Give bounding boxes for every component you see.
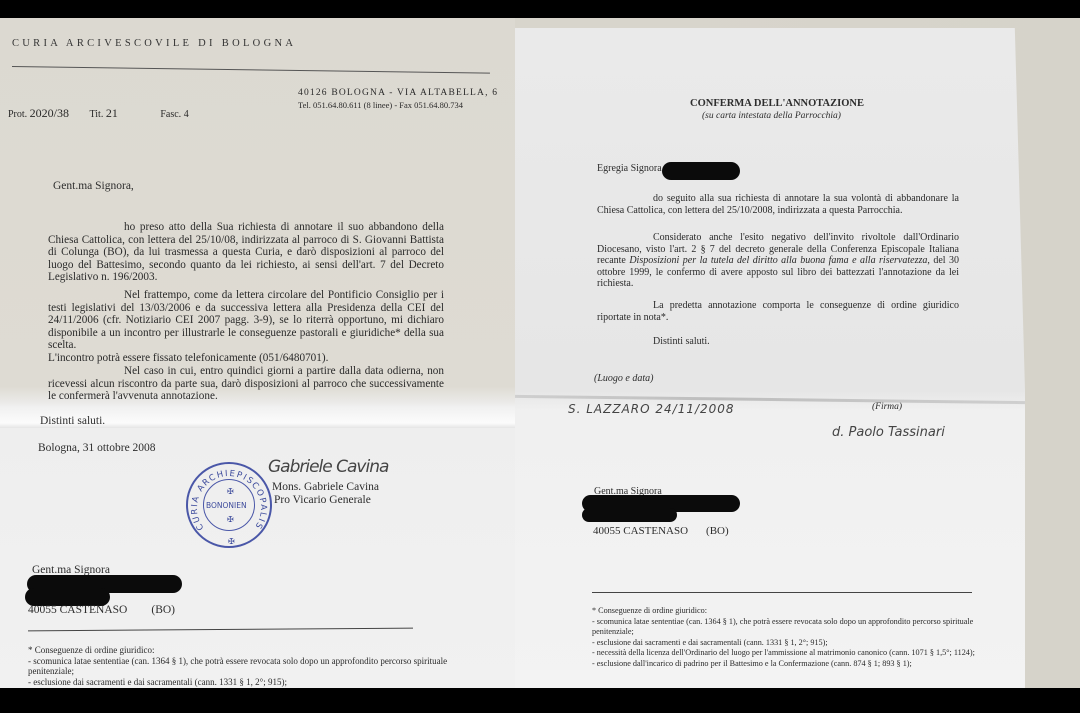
fasc-value: 4 (184, 109, 189, 120)
prot-label: Prot. (8, 109, 27, 120)
footnotes-left: * Conseguenze di ordine giuridico: - sco… (28, 645, 448, 687)
footnotes-right: * Conseguenze di ordine giuridico: - sco… (592, 606, 980, 669)
handwritten-place-date: S. LAZZARO 24/11/2008 (568, 402, 735, 416)
stamp-center-text: BONONIEN (206, 501, 247, 510)
prot-value: 2020/38 (30, 106, 69, 120)
signature-label: (Firma) (872, 403, 902, 413)
redaction-bar (582, 508, 677, 522)
signature-cavina: Gabriele Cavina (268, 457, 388, 477)
egregia-salutation: Egregia Signora (597, 164, 662, 174)
tit-value: 21 (106, 106, 118, 120)
confirmation-paragraph-1: do seguito alla sua richiesta di annotar… (597, 193, 959, 216)
fasc-label: Fasc. (160, 109, 181, 120)
recipient-address-right: 40055 CASTENASO(BO) (593, 526, 729, 537)
cross-icon: ✠ (227, 515, 234, 524)
protocol-reference: Prot. 2020/38 Tit. 21 Fasc. 4 (8, 106, 189, 121)
cross-icon: ✠ (228, 537, 235, 546)
curia-stamp: CURIA ARCHIEPISCOPALIS ✠ BONONIEN ✠ ✠ (186, 462, 272, 548)
cross-icon: ✠ (227, 487, 234, 496)
redaction-bar (662, 162, 740, 180)
parish-confirmation-letter (515, 28, 1025, 688)
place-date-label: (Luogo e data) (594, 374, 653, 384)
closing: Distinti saluti. (40, 416, 105, 428)
letterhead-address: 40126 BOLOGNA - VIA ALTABELLA, 6 (298, 88, 498, 98)
confirmation-closing: Distinti saluti. (653, 337, 710, 347)
tit-label: Tit. (90, 109, 104, 120)
place-date: Bologna, 31 ottobre 2008 (38, 443, 156, 455)
letter-paragraph-3: L'incontro potrà essere fissato telefoni… (48, 352, 444, 365)
confirmation-title: CONFERMA DELL'ANNOTAZIONE (690, 99, 864, 110)
letter-paragraph-4: Nel caso in cui, entro quindici giorni a… (48, 365, 444, 403)
letterhead-institution: CURIA ARCIVESCOVILE DI BOLOGNA (12, 38, 296, 49)
confirmation-subtitle: (su carta intestata della Parrocchia) (702, 112, 841, 122)
letterbox-top (0, 0, 1080, 18)
recipient-address: 40055 CASTENASO(BO) (28, 605, 175, 617)
letterhead-phone: Tel. 051.64.80.611 (8 linee) - Fax 051.6… (298, 100, 463, 110)
letter-paragraph-2: Nel frattempo, come da lettera circolare… (48, 289, 444, 352)
signatory-name: Mons. Gabriele Cavina (272, 482, 379, 494)
confirmation-paragraph-2: Considerato anche l'esito negativo dell'… (597, 232, 959, 290)
confirmation-paragraph-3: La predetta annotazione comporta le cons… (597, 300, 959, 323)
letter-paragraph-1: ho preso atto della Sua richiesta di ann… (48, 221, 444, 284)
signature-tassinari: d. Paolo Tassinari (832, 425, 945, 440)
salutation: Gent.ma Signora, (53, 181, 134, 193)
signatory-title: Pro Vicario Generale (274, 495, 371, 507)
footnote-rule-right (592, 592, 972, 593)
letterbox-bottom (0, 688, 1080, 713)
